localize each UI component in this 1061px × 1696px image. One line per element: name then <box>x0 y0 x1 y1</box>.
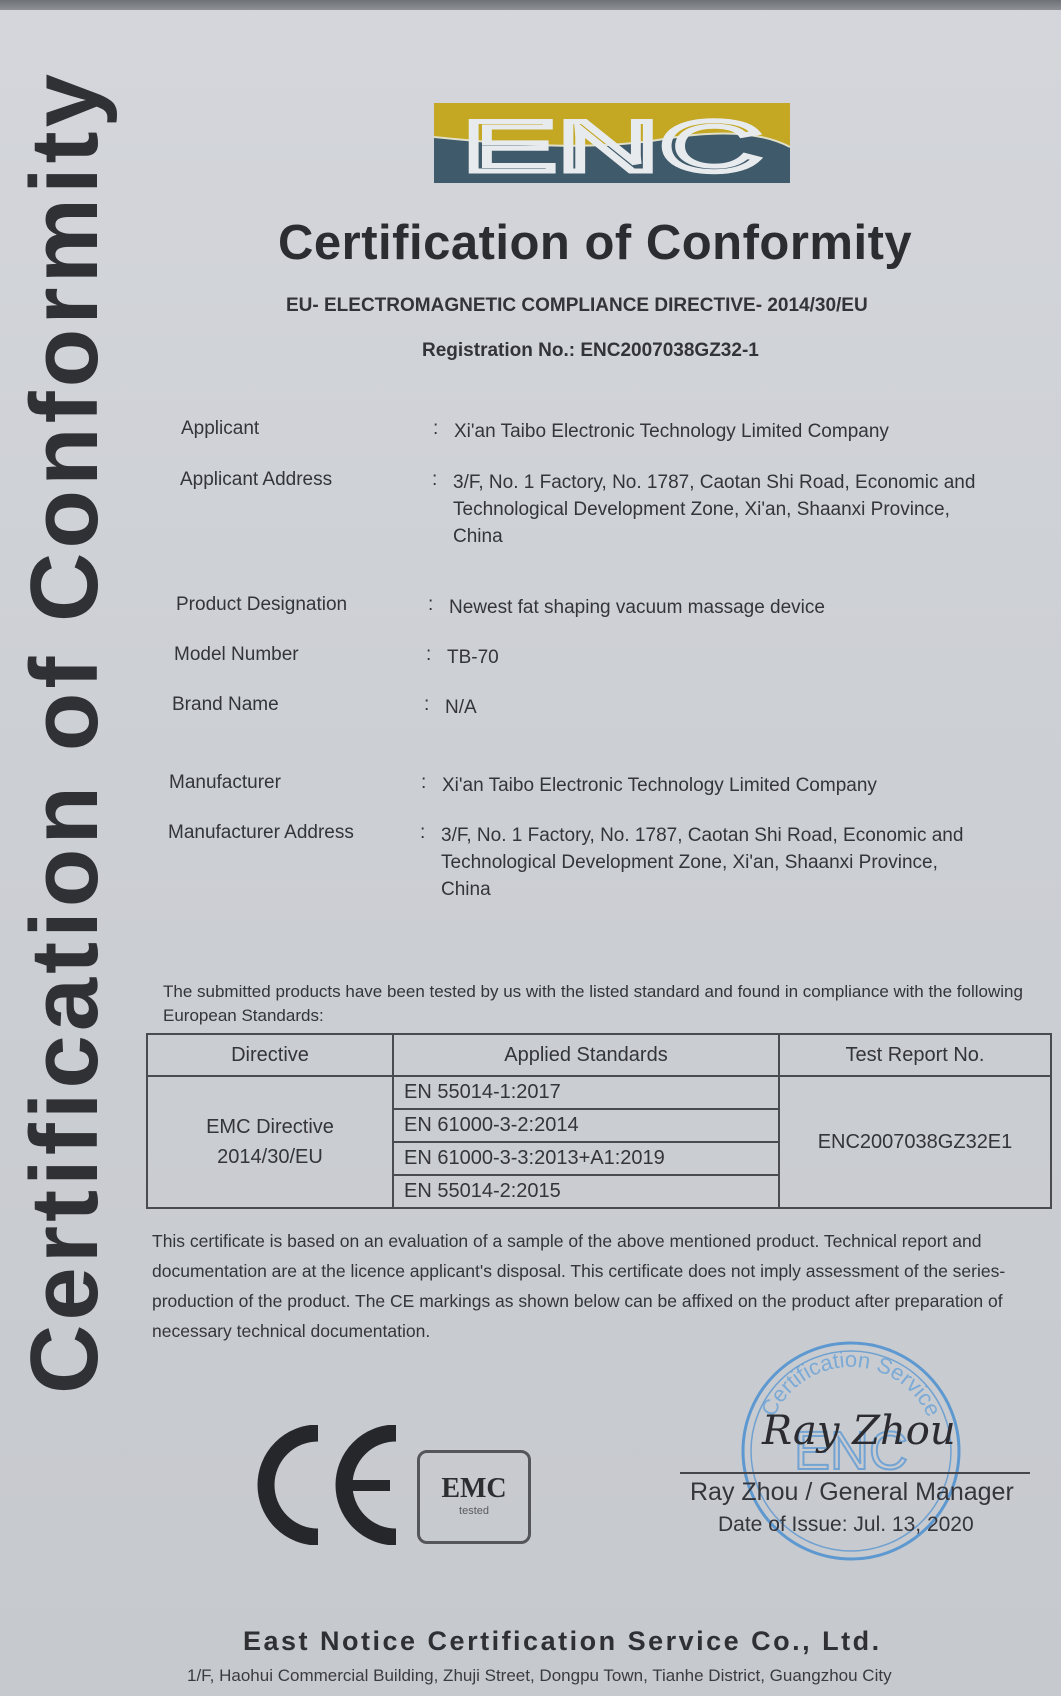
standard-cell: EN 61000-3-3:2013+A1:2019 <box>393 1142 779 1175</box>
field-value: 3/F, No. 1 Factory, No. 1787, Caotan Shi… <box>453 469 975 550</box>
field-value: Xi'an Taibo Electronic Technology Limite… <box>442 772 877 799</box>
registration-number: Registration No.: ENC2007038GZ32-1 <box>422 340 759 362</box>
issuer-address: 1/F, Haohui Commercial Building, Zhuji S… <box>187 1666 892 1686</box>
field-value: Newest fat shaping vacuum massage device <box>449 594 825 621</box>
header-applied-standards: Applied Standards <box>393 1034 779 1076</box>
enc-logo: ENC <box>434 103 790 183</box>
field-label: Applicant <box>181 418 259 440</box>
field-colon: : <box>424 694 429 716</box>
field-value: TB-70 <box>447 644 499 671</box>
emc-tested-label: tested <box>420 1505 528 1517</box>
field-colon: : <box>432 469 437 491</box>
field-value-line: Technological Development Zone, Xi'an, S… <box>453 496 975 523</box>
field-label: Product Designation <box>176 594 347 616</box>
field-label: Applicant Address <box>180 469 332 491</box>
report-number-cell: ENC2007038GZ32E1 <box>779 1076 1051 1208</box>
field-colon: : <box>428 594 433 616</box>
emc-label: EMC <box>420 1473 528 1505</box>
svg-text:ENC: ENC <box>462 107 762 183</box>
field-label: Manufacturer <box>169 772 281 794</box>
field-value-line: Technological Development Zone, Xi'an, S… <box>441 849 963 876</box>
field-label: Brand Name <box>172 694 279 716</box>
signer-title: Ray Zhou / General Manager <box>690 1478 1014 1507</box>
field-value: Xi'an Taibo Electronic Technology Limite… <box>454 418 889 445</box>
directive-name: EMC Directive <box>158 1112 382 1142</box>
standards-table: Directive Applied Standards Test Report … <box>146 1033 1052 1209</box>
certificate-title: Certification of Conformity <box>278 215 912 271</box>
directive-number: 2014/30/EU <box>158 1142 382 1172</box>
field-value: N/A <box>445 694 477 721</box>
field-label: Manufacturer Address <box>168 822 354 844</box>
issue-date: Date of Issue: Jul. 13, 2020 <box>718 1513 974 1537</box>
side-title: Certification of Conformity <box>15 70 115 1670</box>
field-value-line: TB-70 <box>447 644 499 671</box>
intro-text: The submitted products have been tested … <box>163 980 1043 1028</box>
field-label: Model Number <box>174 644 299 666</box>
certificate-notice: This certificate is based on an evaluati… <box>152 1226 1052 1346</box>
emc-tested-mark: EMC tested <box>417 1450 531 1544</box>
directive-cell: EMC Directive 2014/30/EU <box>147 1076 393 1208</box>
directive-subtitle: EU- ELECTROMAGNETIC COMPLIANCE DIRECTIVE… <box>286 295 868 317</box>
issuer-company-name: East Notice Certification Service Co., L… <box>243 1626 882 1657</box>
field-colon: : <box>433 418 438 440</box>
field-value-line: 3/F, No. 1 Factory, No. 1787, Caotan Shi… <box>441 822 963 849</box>
field-value-line: N/A <box>445 694 477 721</box>
standard-cell: EN 55014-2:2015 <box>393 1175 779 1208</box>
field-value-line: 3/F, No. 1 Factory, No. 1787, Caotan Shi… <box>453 469 975 496</box>
field-value-line: Xi'an Taibo Electronic Technology Limite… <box>442 772 877 799</box>
field-value-line: China <box>453 523 975 550</box>
table-row: EMC Directive 2014/30/EU EN 55014-1:2017… <box>147 1076 1051 1109</box>
header-test-report: Test Report No. <box>779 1034 1051 1076</box>
field-colon: : <box>420 822 425 844</box>
standard-cell: EN 55014-1:2017 <box>393 1076 779 1109</box>
standard-cell: EN 61000-3-2:2014 <box>393 1109 779 1142</box>
signature-line <box>680 1472 1030 1474</box>
table-header-row: Directive Applied Standards Test Report … <box>147 1034 1051 1076</box>
field-value: 3/F, No. 1 Factory, No. 1787, Caotan Shi… <box>441 822 963 903</box>
field-value-line: Xi'an Taibo Electronic Technology Limite… <box>454 418 889 445</box>
field-colon: : <box>426 644 431 666</box>
handwritten-signature: Ray Zhou <box>762 1408 956 1454</box>
field-colon: : <box>421 772 426 794</box>
field-value-line: China <box>441 876 963 903</box>
header-directive: Directive <box>147 1034 393 1076</box>
field-value-line: Newest fat shaping vacuum massage device <box>449 594 825 621</box>
ce-mark-icon <box>256 1425 406 1545</box>
